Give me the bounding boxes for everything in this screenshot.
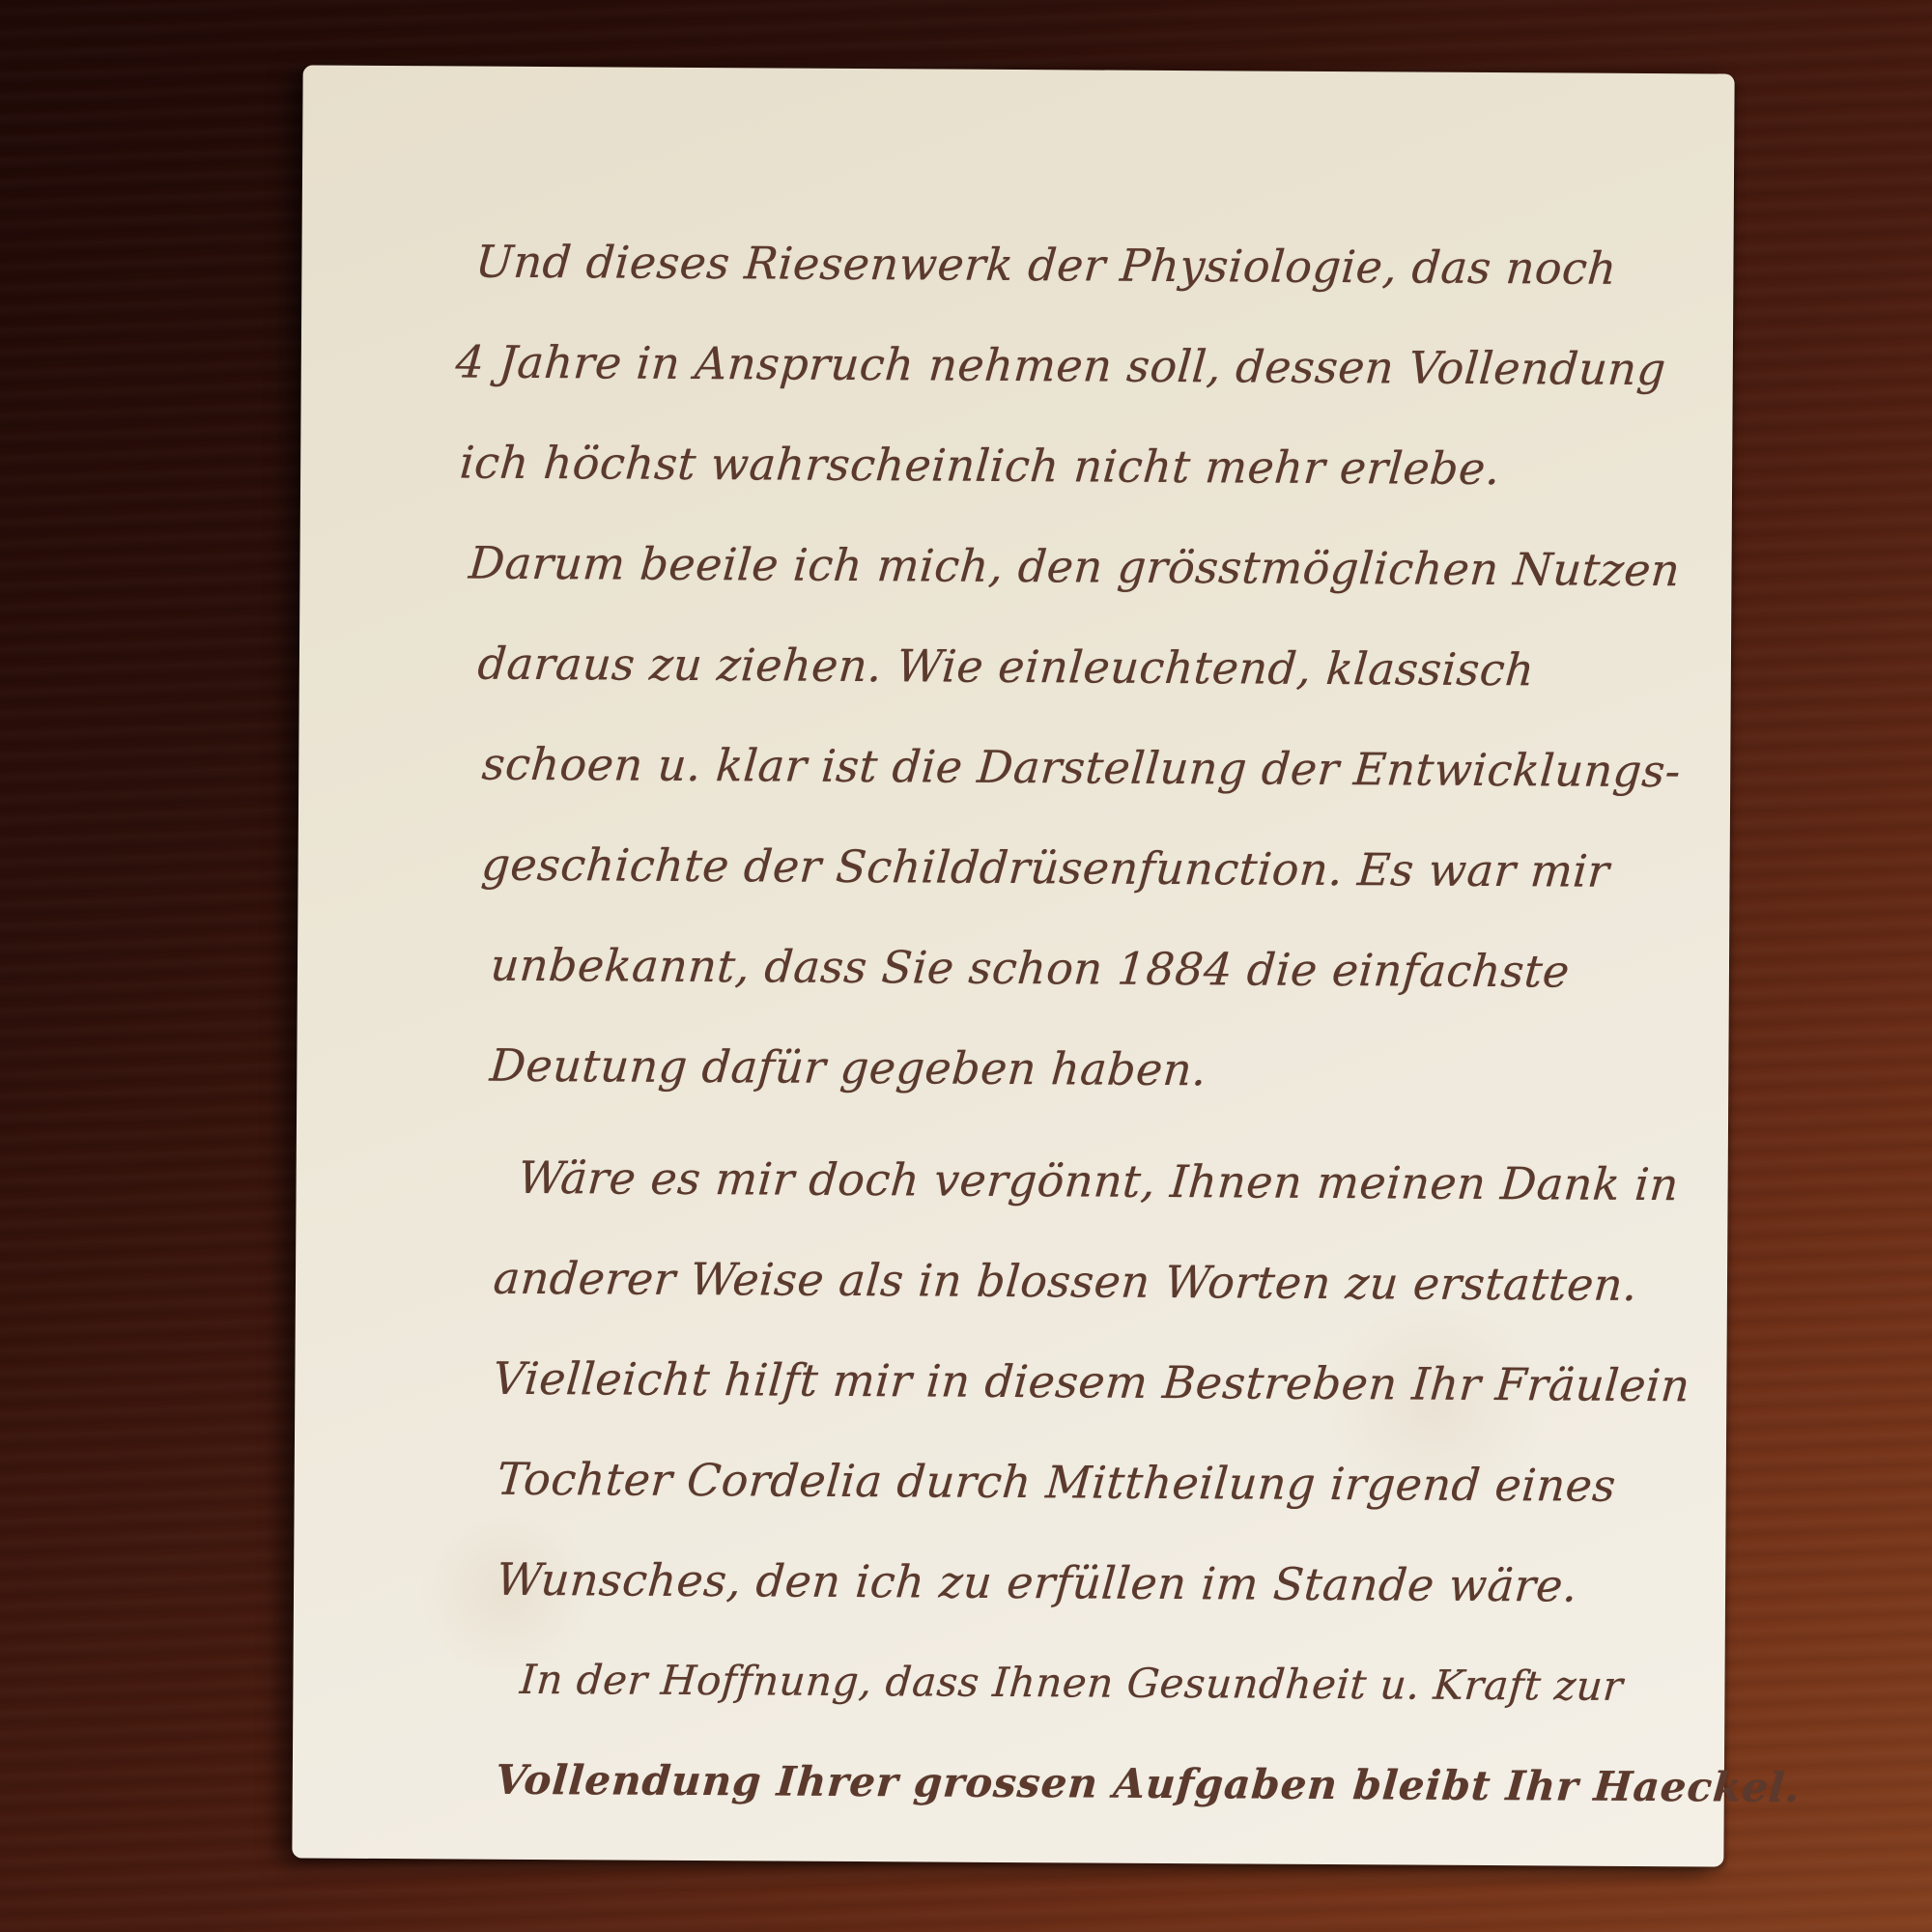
- text-line: unbekannt, dass Sie schon 1884 die einfa…: [448, 914, 1673, 1022]
- text-line: Darum beeile ich mich, den grösstmöglich…: [451, 512, 1676, 620]
- closing-signature-line: Vollendung Ihrer grossen Aufgaben bleibt…: [443, 1729, 1668, 1837]
- text-line: Und dieses Riesenwerk der Physiologie, d…: [452, 211, 1677, 319]
- text-line: ich höchst wahrscheinlich nicht mehr erl…: [451, 412, 1676, 520]
- wood-tabletop-background: Und dieses Riesenwerk der Physiologie, d…: [0, 0, 1932, 1932]
- text-line: geschichte der Schilddrüsenfunction. Es …: [449, 813, 1674, 922]
- text-line: Deutung dafür gegeben haben.: [447, 1014, 1672, 1122]
- paragraph-start-line: Wäre es mir doch vergönnt, Ihnen meinen …: [447, 1126, 1672, 1235]
- text-line: anderer Weise als in blossen Worten zu e…: [446, 1227, 1671, 1335]
- handwritten-text-block: Und dieses Riesenwerk der Physiologie, d…: [447, 211, 1674, 1837]
- text-line: Vielleicht hilft mir in diesem Bestreben…: [445, 1327, 1670, 1435]
- text-line: daraus zu ziehen. Wie einleuchtend, klas…: [450, 612, 1675, 721]
- text-line: schoen u. klar ist die Darstellung der E…: [449, 713, 1674, 821]
- closing-line: In der Hoffnung, dass Ihnen Gesundheit u…: [444, 1629, 1669, 1737]
- letter-card: Und dieses Riesenwerk der Physiologie, d…: [292, 65, 1734, 1866]
- text-line: Tochter Cordelia durch Mittheilung irgen…: [445, 1428, 1670, 1536]
- text-line: Wunsches, den ich zu erfüllen im Stande …: [444, 1528, 1669, 1636]
- text-line: 4 Jahre in Anspruch nehmen soll, dessen …: [452, 311, 1677, 419]
